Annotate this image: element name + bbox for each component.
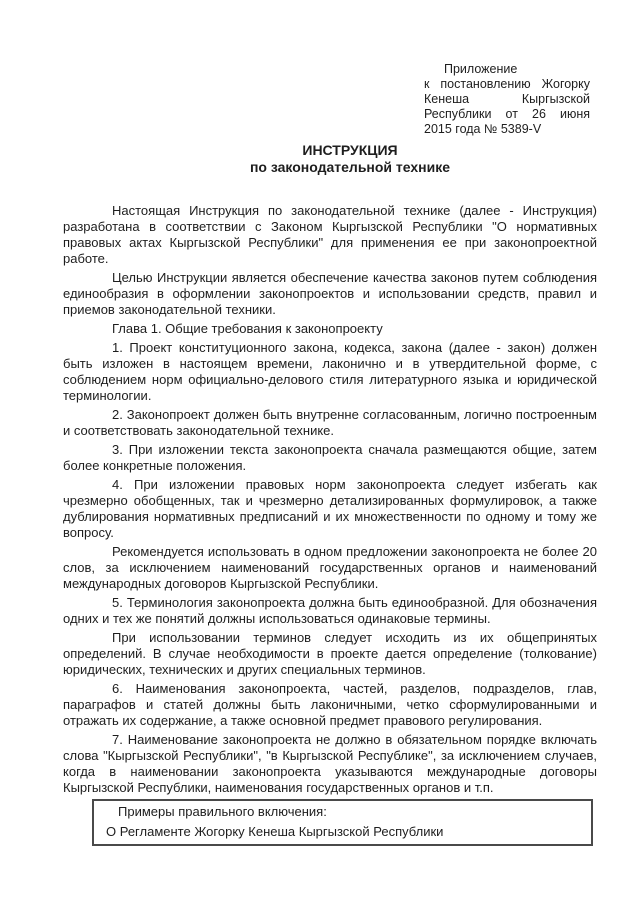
body-paragraph: 2. Законопроект должен быть внутренне со… <box>63 407 597 439</box>
appendix-line: Кенеша Кыргызской <box>424 92 590 107</box>
body-paragraph: 3. При изложении текста законопроекта сн… <box>63 442 597 474</box>
body-paragraph: При использовании терминов следует исход… <box>63 630 597 678</box>
body-paragraph: Настоящая Инструкция по законодательной … <box>63 203 597 267</box>
document-body: Настоящая Инструкция по законодательной … <box>63 203 597 846</box>
document-title: ИНСТРУКЦИЯ <box>60 142 640 159</box>
appendix-line: к постановлению Жогорку <box>424 77 590 92</box>
body-paragraph: Рекомендуется использовать в одном предл… <box>63 544 597 592</box>
body-paragraph: 4. При изложении правовых норм законопро… <box>63 477 597 541</box>
document-page: Приложение к постановлению Жогорку Кенеш… <box>0 0 640 905</box>
title-block: ИНСТРУКЦИЯ по законодательной технике <box>0 142 640 176</box>
example-box: Примеры правильного включения: О Регламе… <box>92 799 593 846</box>
body-paragraph: Целью Инструкции является обеспечение ка… <box>63 270 597 318</box>
example-box-label: Примеры правильного включения: <box>106 804 581 820</box>
body-paragraph: 5. Терминология законопроекта должна быт… <box>63 595 597 627</box>
appendix-line: 2015 года № 5389-V <box>424 122 590 137</box>
document-subtitle: по законодательной технике <box>60 159 640 176</box>
body-paragraph: 6. Наименования законопроекта, частей, р… <box>63 681 597 729</box>
appendix-note: Приложение к постановлению Жогорку Кенеш… <box>424 62 590 137</box>
example-box-text: О Регламенте Жогорку Кенеша Кыргызской Р… <box>106 824 581 840</box>
appendix-line: Приложение <box>424 62 590 77</box>
body-paragraph: 7. Наименование законопроекта не должно … <box>63 732 597 796</box>
appendix-line: Республики от 26 июня <box>424 107 590 122</box>
chapter-heading: Глава 1. Общие требования к законопроект… <box>63 321 597 337</box>
body-paragraph: 1. Проект конституционного закона, кодек… <box>63 340 597 404</box>
